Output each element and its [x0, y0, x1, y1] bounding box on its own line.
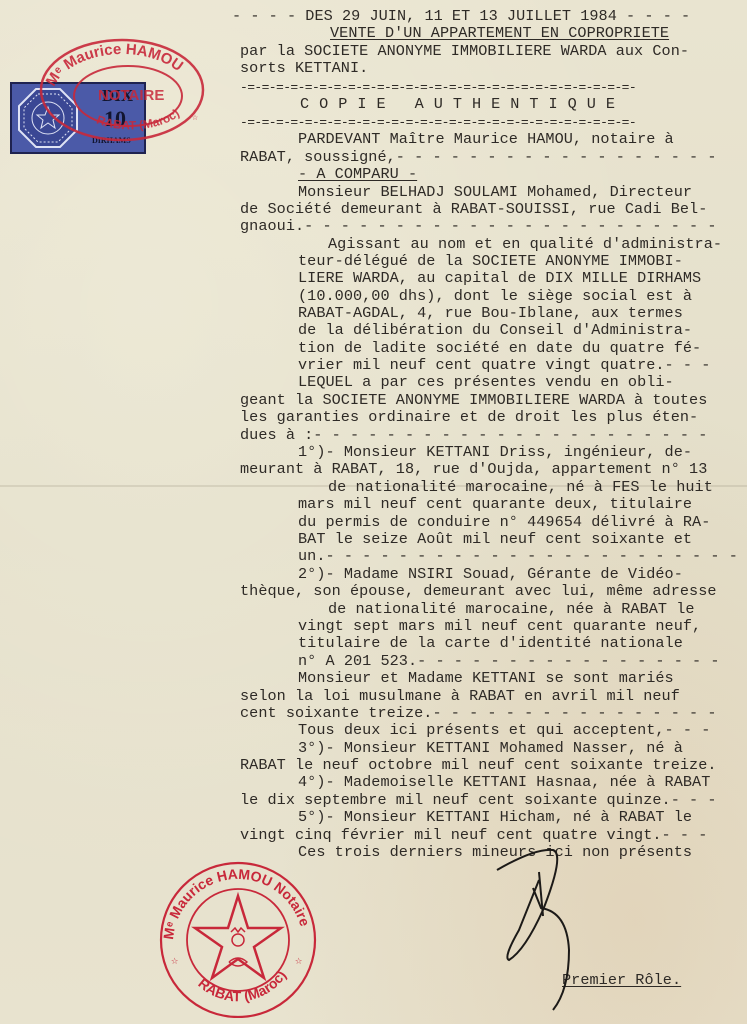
body-line: Tous deux ici présents et qui acceptent,…	[298, 722, 710, 739]
body-line: du permis de conduire n° 449654 délivré …	[298, 514, 710, 531]
body-line: meurant à RABAT, 18, rue d'Oujda, appart…	[240, 461, 707, 478]
header-subtitle-line-2: sorts KETTANI.	[240, 60, 368, 77]
body-line-party-3: 3°)- Monsieur KETTANI Mohamed Nasser, né…	[298, 740, 683, 757]
body-line: titulaire de la carte d'identité nationa…	[298, 635, 683, 652]
body-line: Agissant au nom et en qualité d'administ…	[328, 236, 722, 253]
body-line: vingt sept mars mil neuf cent quarante n…	[298, 618, 701, 635]
body-line-party-2: 2°)- Madame NSIRI Souad, Gérante de Vidé…	[298, 566, 683, 583]
header-dates-line: - - - - DES 29 JUIN, 11 ET 13 JUILLET 19…	[232, 8, 690, 25]
round-seal-bottom-text: RABAT (Maroc)	[195, 967, 289, 1004]
body-line: teur-délégué de la SOCIETE ANONYME IMMOB…	[298, 253, 683, 270]
star-icon: ☆	[192, 113, 198, 124]
notary-oval-stamp: Mᵉ Maurice HAMOU NOTAIRE RABAT (Maroc) ☆	[38, 36, 206, 144]
separator-bottom: -=-=-=-=-=-=-=-=-=-=-=-=-=-=-=-=-=-=-=-=…	[240, 114, 636, 131]
handwritten-signature	[495, 840, 615, 1020]
body-line: mars mil neuf cent quarante deux, titula…	[298, 496, 692, 513]
body-line: LIERE WARDA, au capital de DIX MILLE DIR…	[298, 270, 701, 287]
body-line: de Société demeurant à RABAT-SOUISSI, ru…	[240, 201, 707, 218]
body-line: geant la SOCIETE ANONYME IMMOBILIERE WAR…	[240, 392, 707, 409]
body-line: tion de ladite société en date du quatre…	[298, 340, 701, 357]
body-line: Monsieur et Madame KETTANI se sont marié…	[298, 670, 674, 687]
body-line: (10.000,00 dhs), dont le siège social es…	[298, 288, 692, 305]
body-line: PARDEVANT Maître Maurice HAMOU, notaire …	[298, 131, 674, 148]
notary-round-seal: Mᵉ Maurice HAMOU Notaire RABAT (Maroc) ☆…	[155, 858, 320, 1018]
body-line-party-1: 1°)- Monsieur KETTANI Driss, ingénieur, …	[298, 444, 692, 461]
svg-text:RABAT (Maroc): RABAT (Maroc)	[195, 967, 289, 1004]
oval-stamp-bottom-text: RABAT (Maroc)	[95, 106, 182, 132]
body-line: le dix septembre mil neuf cent soixante …	[240, 792, 717, 809]
body-line-party-5: 5°)- Monsieur KETTANI Hicham, né à RABAT…	[298, 809, 692, 826]
body-line: cent soixante treize.- - - - - - - - - -…	[240, 705, 717, 722]
body-line: un.- - - - - - - - - - - - - - - - - - -…	[298, 548, 747, 565]
body-line: gnaoui.- - - - - - - - - - - - - - - - -…	[240, 218, 717, 235]
header-subtitle-line-1: par la SOCIETE ANONYME IMMOBILIERE WARDA…	[240, 43, 689, 60]
copy-authentique-label: COPIE AUTHENTIQUE	[300, 96, 625, 113]
body-line: de nationalité marocaine, née à RABAT le	[328, 601, 695, 618]
body-line: de la délibération du Conseil d'Administ…	[298, 322, 692, 339]
body-line: dues à :- - - - - - - - - - - - - - - - …	[240, 427, 707, 444]
separator-top: -=-=-=-=-=-=-=-=-=-=-=-=-=-=-=-=-=-=-=-=…	[240, 79, 636, 96]
body-line: BAT le seize Août mil neuf cent soixante…	[298, 531, 692, 548]
body-line-party-4: 4°)- Mademoiselle KETTANI Hasnaa, née à …	[298, 774, 710, 791]
body-line-a-comparu: - A COMPARU -	[298, 166, 417, 183]
body-line: RABAT, soussigné,- - - - - - - - - - - -…	[240, 149, 717, 166]
body-line: de nationalité marocaine, né à FES le hu…	[328, 479, 713, 496]
moroccan-star-emblem-icon	[195, 896, 281, 978]
star-icon: ☆	[171, 954, 178, 968]
svg-text:RABAT (Maroc): RABAT (Maroc)	[95, 106, 182, 132]
star-icon: ☆	[295, 954, 302, 968]
oval-stamp-center-text: NOTAIRE	[98, 87, 164, 104]
body-line: les garanties ordinaire et de droit les …	[240, 409, 698, 426]
body-line: selon la loi musulmane à RABAT en avril …	[240, 688, 680, 705]
document-title: VENTE D'UN APPARTEMENT EN COPROPRIETE	[330, 25, 669, 42]
body-line: thèque, son épouse, demeurant avec lui, …	[240, 583, 717, 600]
body-line: vrier mil neuf cent quatre vingt quatre.…	[298, 357, 710, 374]
body-line: Monsieur BELHADJ SOULAMI Mohamed, Direct…	[298, 184, 692, 201]
body-line: n° A 201 523.- - - - - - - - - - - - - -…	[298, 653, 720, 670]
body-line: RABAT le neuf octobre mil neuf cent soix…	[240, 757, 717, 774]
body-line: LEQUEL a par ces présentes vendu en obli…	[298, 374, 674, 391]
body-line: RABAT-AGDAL, 4, rue Bou-Iblane, aux term…	[298, 305, 683, 322]
body-line: vingt cinq février mil neuf cent quatre …	[240, 827, 707, 844]
